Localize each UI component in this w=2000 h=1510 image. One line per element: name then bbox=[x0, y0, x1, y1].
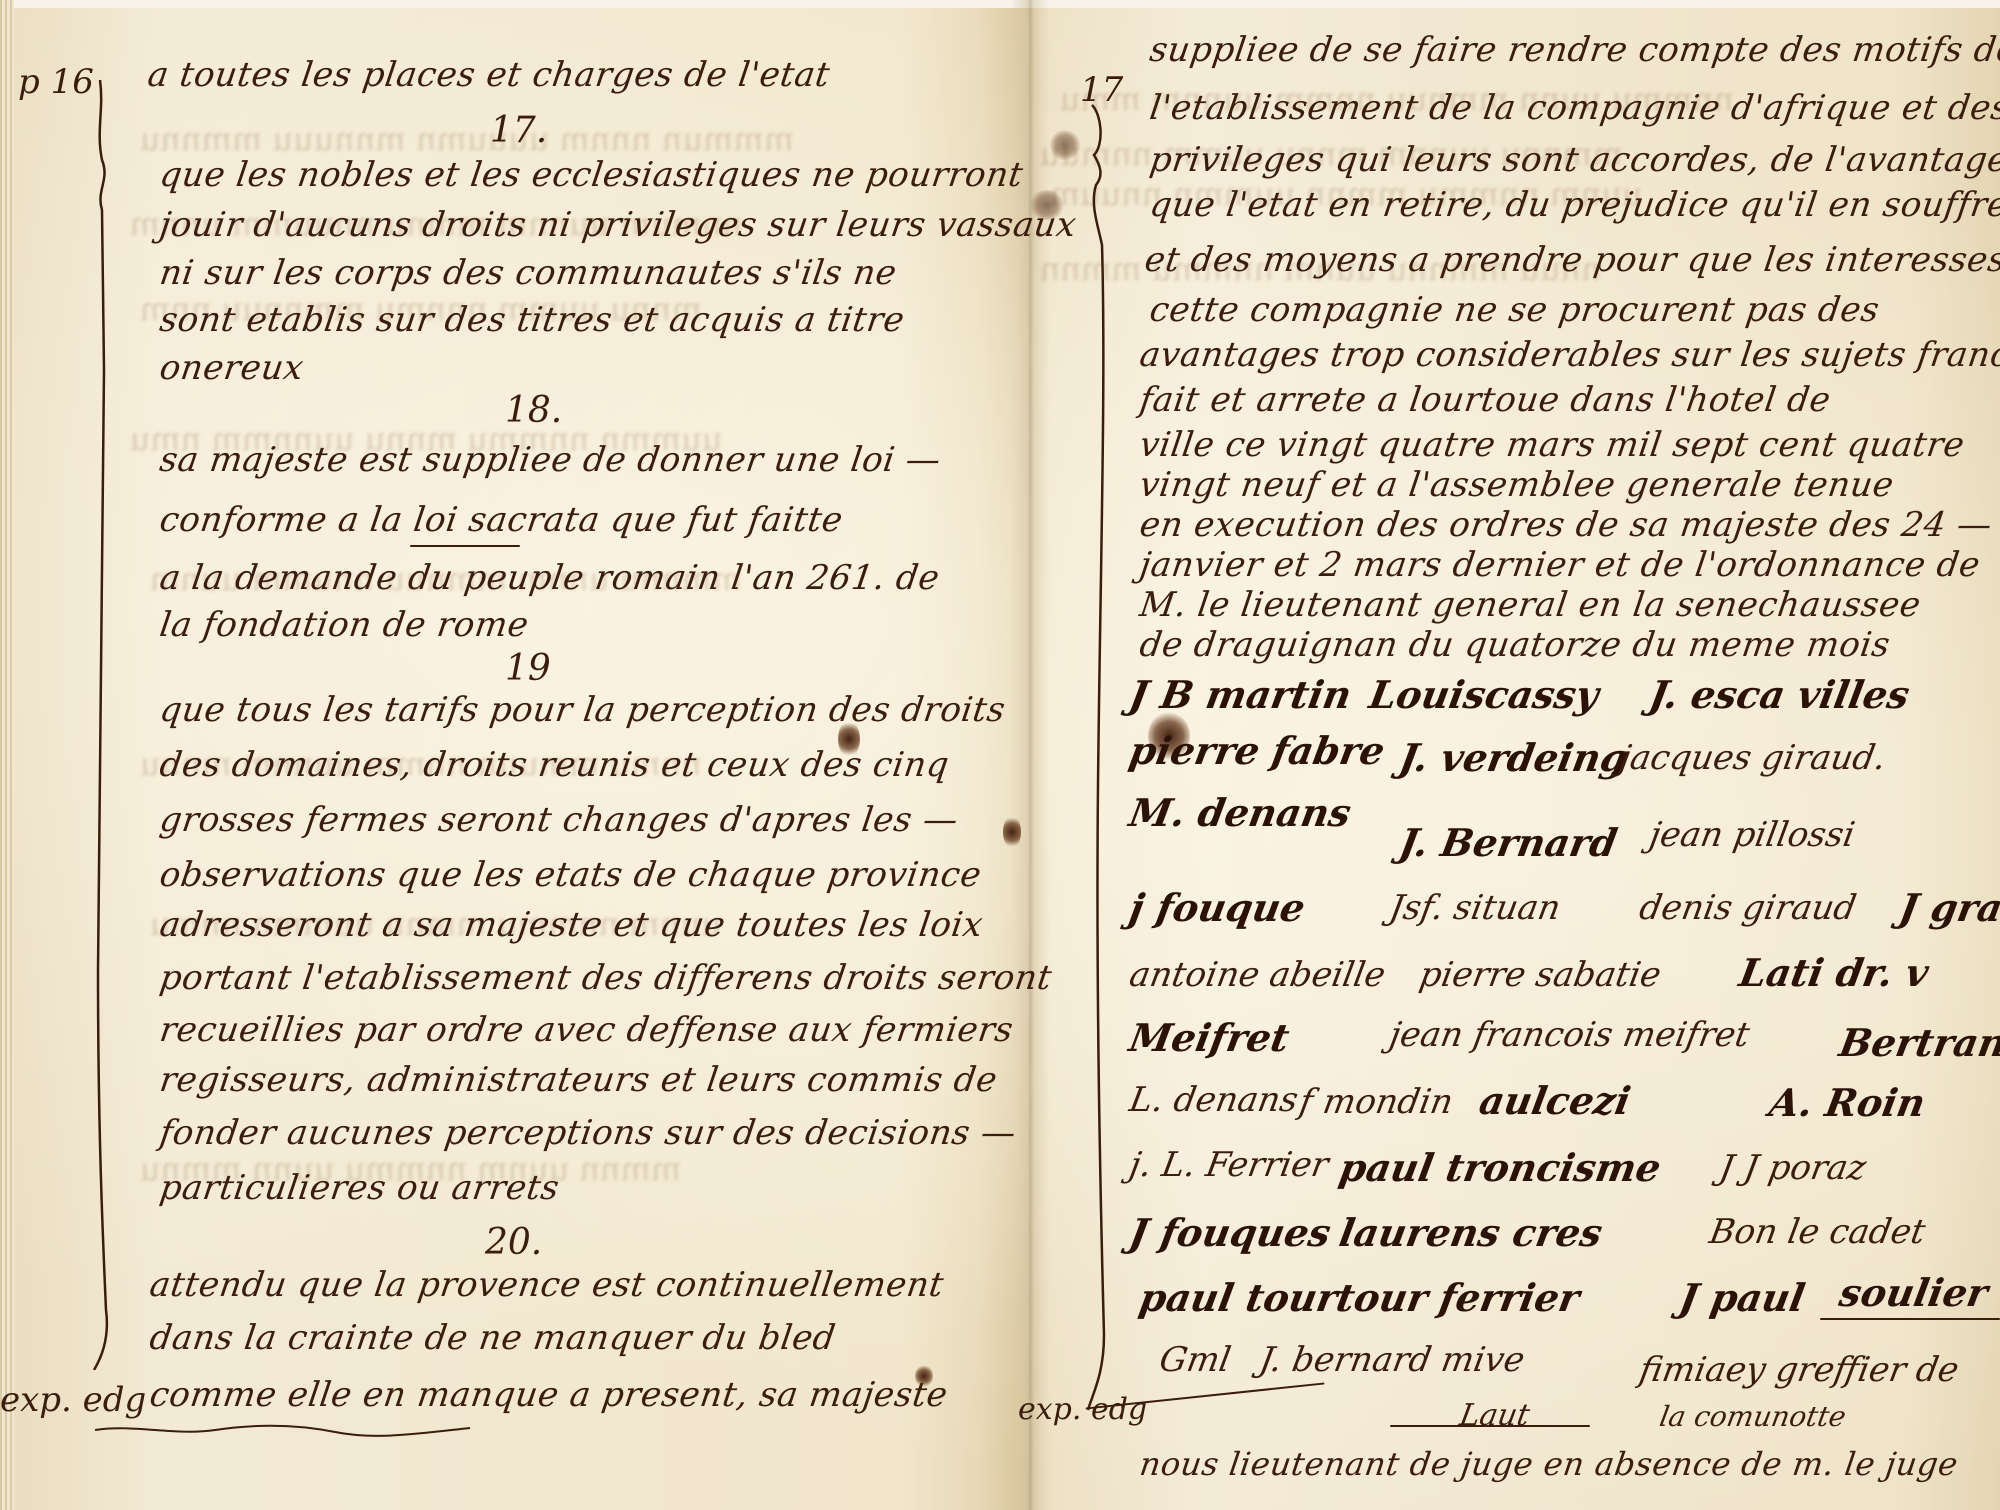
text-line: grosses fermes seront changes d'apres le… bbox=[157, 800, 960, 840]
margin-note-bottom: exp. edg bbox=[1018, 1392, 1147, 1427]
text-line: janvier et 2 mars dernier et de l'ordonn… bbox=[1137, 545, 1983, 585]
signature: Bon le cadet bbox=[1706, 1212, 1928, 1252]
article-number: 20. bbox=[485, 1222, 542, 1263]
text-line: l'etablissement de la compagnie d'afriqu… bbox=[1147, 88, 2000, 128]
text-line: M. le lieutenant general en la senechaus… bbox=[1137, 585, 1923, 625]
text-line: onereux bbox=[157, 348, 306, 388]
signature: Lati dr. v bbox=[1736, 950, 1932, 995]
signature: Laut bbox=[1457, 1398, 1532, 1433]
article-number: 19 bbox=[505, 648, 551, 689]
signature: pierre sabatie bbox=[1416, 955, 1664, 995]
signature: Gml bbox=[1156, 1340, 1233, 1380]
signature: J fouques bbox=[1126, 1210, 1334, 1255]
underline-sacrata bbox=[410, 545, 520, 547]
text-line: des domaines, droits reunis et ceux des … bbox=[157, 745, 951, 785]
signature: Jsf. situan bbox=[1386, 888, 1563, 928]
signature: denis giraud bbox=[1636, 888, 1859, 928]
signature: J. bernard mive bbox=[1256, 1340, 1527, 1380]
signature: paul troncisme bbox=[1336, 1145, 1664, 1190]
text-line: comme elle en manque a present, sa majes… bbox=[147, 1375, 950, 1415]
text-line: vingt neuf et a l'assemblee generale ten… bbox=[1137, 465, 1896, 505]
signature: Bertran bbox=[1836, 1020, 2000, 1065]
signature: j. L. Ferrier bbox=[1126, 1145, 1331, 1185]
signature: ferrier bbox=[1436, 1275, 1583, 1320]
text-line: cette compagnie ne se procurent pas des bbox=[1147, 290, 1882, 330]
text-line: que l'etat en retire, du prejudice qu'il… bbox=[1147, 185, 2000, 225]
signature-underline bbox=[1820, 1318, 2000, 1320]
article-number: 18. bbox=[505, 390, 562, 431]
text-line: de draguignan du quatorze du meme mois bbox=[1137, 625, 1892, 665]
signature: J grac bbox=[1896, 885, 2000, 930]
signature: f mondin bbox=[1296, 1082, 1456, 1122]
manuscript-spread: mmmun nnnm uuuumn mnnuuu mmnnu nnmum uun… bbox=[0, 0, 2000, 1510]
signature: L. denans bbox=[1126, 1080, 1301, 1120]
margin-brace-line bbox=[90, 70, 130, 1370]
signature: J. verdeing bbox=[1396, 735, 1631, 780]
text-line: la fondation de rome bbox=[157, 605, 531, 645]
folio-number: 17 bbox=[1080, 70, 1123, 110]
signature: jacques giraud. bbox=[1616, 738, 1889, 778]
text-line: sa majeste est suppliee de donner une lo… bbox=[157, 440, 943, 480]
left-page: p 16 a toutes les places et charges de l… bbox=[0, 0, 1025, 1510]
text-line: sont etablis sur des titres et acquis a … bbox=[157, 300, 907, 340]
text-line: que les nobles et les ecclesiastiques ne… bbox=[157, 155, 1026, 195]
folio-number: p 16 bbox=[18, 62, 94, 102]
text-line: attendu que la provence est continuellem… bbox=[147, 1265, 946, 1305]
margin-brace-line bbox=[1080, 85, 1120, 1415]
text-line: conforme a la loi sacrata que fut faitte bbox=[157, 500, 845, 540]
bottom-flourish bbox=[95, 1420, 475, 1440]
text-line: ville ce vingt quatre mars mil sept cent… bbox=[1137, 425, 1967, 465]
signature: fimiaey greffier de bbox=[1636, 1350, 1961, 1390]
text-line: avantages trop considerables sur les suj… bbox=[1137, 335, 2000, 375]
text-line: et des moyens a prendre pour que les int… bbox=[1142, 240, 2000, 280]
text-line: que tous les tarifs pour la perception d… bbox=[157, 690, 1008, 730]
signature: la comunotte bbox=[1657, 1400, 1848, 1433]
signature: jean francois meifret bbox=[1386, 1015, 1752, 1055]
margin-note-bottom: exp. edg bbox=[0, 1380, 146, 1420]
signature: paul tourtour bbox=[1136, 1275, 1432, 1320]
ink-blot bbox=[1003, 815, 1021, 849]
signature: j fouque bbox=[1126, 885, 1309, 930]
signature: pierre fabre bbox=[1126, 728, 1388, 773]
text-line: privileges qui leurs sont accordes, de l… bbox=[1147, 140, 2000, 180]
ink-blot bbox=[1050, 130, 1080, 160]
text-line: fonder aucunes perceptions sur des decis… bbox=[157, 1113, 1018, 1153]
signature: soulier bbox=[1836, 1270, 1991, 1315]
text-line: adresseront a sa majeste et que toutes l… bbox=[157, 905, 985, 945]
text-line: ni sur les corps des communautes s'ils n… bbox=[157, 253, 899, 293]
signature: jean pillossi bbox=[1646, 815, 1857, 855]
ink-blot bbox=[838, 720, 860, 758]
signature: Louiscassy bbox=[1366, 672, 1602, 717]
text-line: particulieres ou arrets bbox=[157, 1168, 562, 1208]
ink-blot bbox=[1030, 190, 1064, 220]
text-line: a toutes les places et charges de l'etat bbox=[145, 55, 832, 95]
signature: laurens cres bbox=[1336, 1210, 1606, 1255]
text-line: recueillies par ordre avec deffense aux … bbox=[157, 1010, 1016, 1050]
text-line: regisseurs, administrateurs et leurs com… bbox=[157, 1060, 1000, 1100]
text-line: en execution des ordres de sa majeste de… bbox=[1137, 505, 1994, 545]
ink-blot bbox=[915, 1365, 933, 1387]
text-line: suppliee de se faire rendre compte des m… bbox=[1147, 30, 2000, 70]
signature: J. Bernard bbox=[1396, 820, 1621, 865]
text-line: observations que les etats de chaque pro… bbox=[157, 855, 984, 895]
signature: M. denans bbox=[1126, 790, 1354, 835]
signature: J. esca villes bbox=[1646, 672, 1913, 717]
text-line: fait et arrete a lourtoue dans l'hotel d… bbox=[1137, 380, 1833, 420]
signature: J J poraz bbox=[1716, 1148, 1869, 1188]
closing-line: nous lieutenant de juge en absence de m.… bbox=[1137, 1445, 1960, 1483]
text-line: dans la crainte de ne manquer du bled bbox=[147, 1318, 838, 1358]
article-number: 17. bbox=[490, 110, 547, 151]
signature: Meifret bbox=[1126, 1015, 1293, 1060]
signature: J B martin bbox=[1126, 672, 1355, 717]
text-line: jouir d'aucuns droits ni privileges sur … bbox=[157, 205, 1079, 245]
signature: A. Roin bbox=[1766, 1080, 1929, 1125]
signature: J paul bbox=[1676, 1275, 1808, 1320]
text-line: a la demande du peuple romain l'an 261. … bbox=[157, 558, 942, 598]
text-line: portant l'etablissement des differens dr… bbox=[157, 958, 1054, 998]
signature: aulcezi bbox=[1476, 1078, 1634, 1123]
signature: antoine abeille bbox=[1126, 955, 1388, 995]
signature-flourish bbox=[1390, 1425, 1590, 1427]
